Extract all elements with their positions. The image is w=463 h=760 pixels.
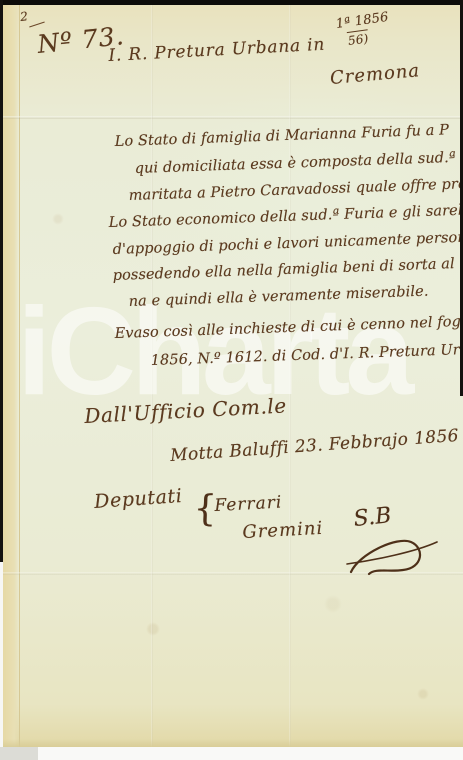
signature-ferrari: Ferrari (214, 492, 283, 516)
signatories-label: Deputati (93, 485, 183, 513)
manuscript-line: possedendo ella nella famiglia beni di s… (112, 256, 455, 284)
page-number-underline (29, 22, 45, 28)
place-date-line: Motta Baluffi 23. Febbrajo 1856 (170, 426, 460, 466)
manuscript-line: d'appoggio di pochi e lavori unicamente … (112, 229, 463, 258)
manuscript-line: Evaso così alle inchieste di cui è cenno… (114, 313, 463, 342)
registry-number-denominator: 56) (347, 29, 370, 48)
signature-gremini: Gremini (242, 518, 324, 543)
office-line: Dall'Ufficio Com.le (84, 393, 288, 428)
addressee-place: Cremona (329, 60, 421, 89)
scanned-manuscript-page: { "document": { "page_number": "2", "cor… (0, 0, 463, 760)
manuscript-line: maritata a Pietro Caravadossi quale offr… (128, 174, 463, 204)
scan-border-left (0, 0, 3, 562)
signature-paraph-flourish (345, 534, 441, 580)
fold-crease-vertical (289, 4, 291, 748)
manuscript-line: Lo Stato di famiglia di Marianna Furia f… (114, 122, 449, 150)
page-number-note: 2 (20, 9, 29, 24)
addressee-line: I. R. Pretura Urbana in (108, 35, 326, 66)
registry-number-numerator: 1ª 1856 (335, 10, 390, 32)
document-scan: iCharta 2 1ª 1856 56) Nº 73. I. R. Pretu… (0, 0, 463, 760)
scanner-mat (0, 747, 463, 760)
paper-sheet: iCharta 2 1ª 1856 56) Nº 73. I. R. Pretu… (3, 4, 463, 748)
manuscript-line: qui domiciliata essa è composta della su… (134, 148, 463, 177)
scanner-mat-corner (0, 747, 38, 760)
paper-left-edge (3, 4, 20, 748)
manuscript-line: 1856, N.º 1612. di Cod. d'I. R. Pretura … (150, 341, 463, 369)
fold-crease-horizontal (3, 116, 463, 119)
manuscript-line: Lo Stato economico della sud.ª Furia e g… (108, 202, 463, 231)
scan-border-top (0, 0, 463, 5)
manuscript-line: na e quindi ella è veramente miserabile. (128, 284, 428, 310)
fold-crease-vertical (151, 4, 153, 748)
signature-initials: S.B (352, 503, 392, 532)
